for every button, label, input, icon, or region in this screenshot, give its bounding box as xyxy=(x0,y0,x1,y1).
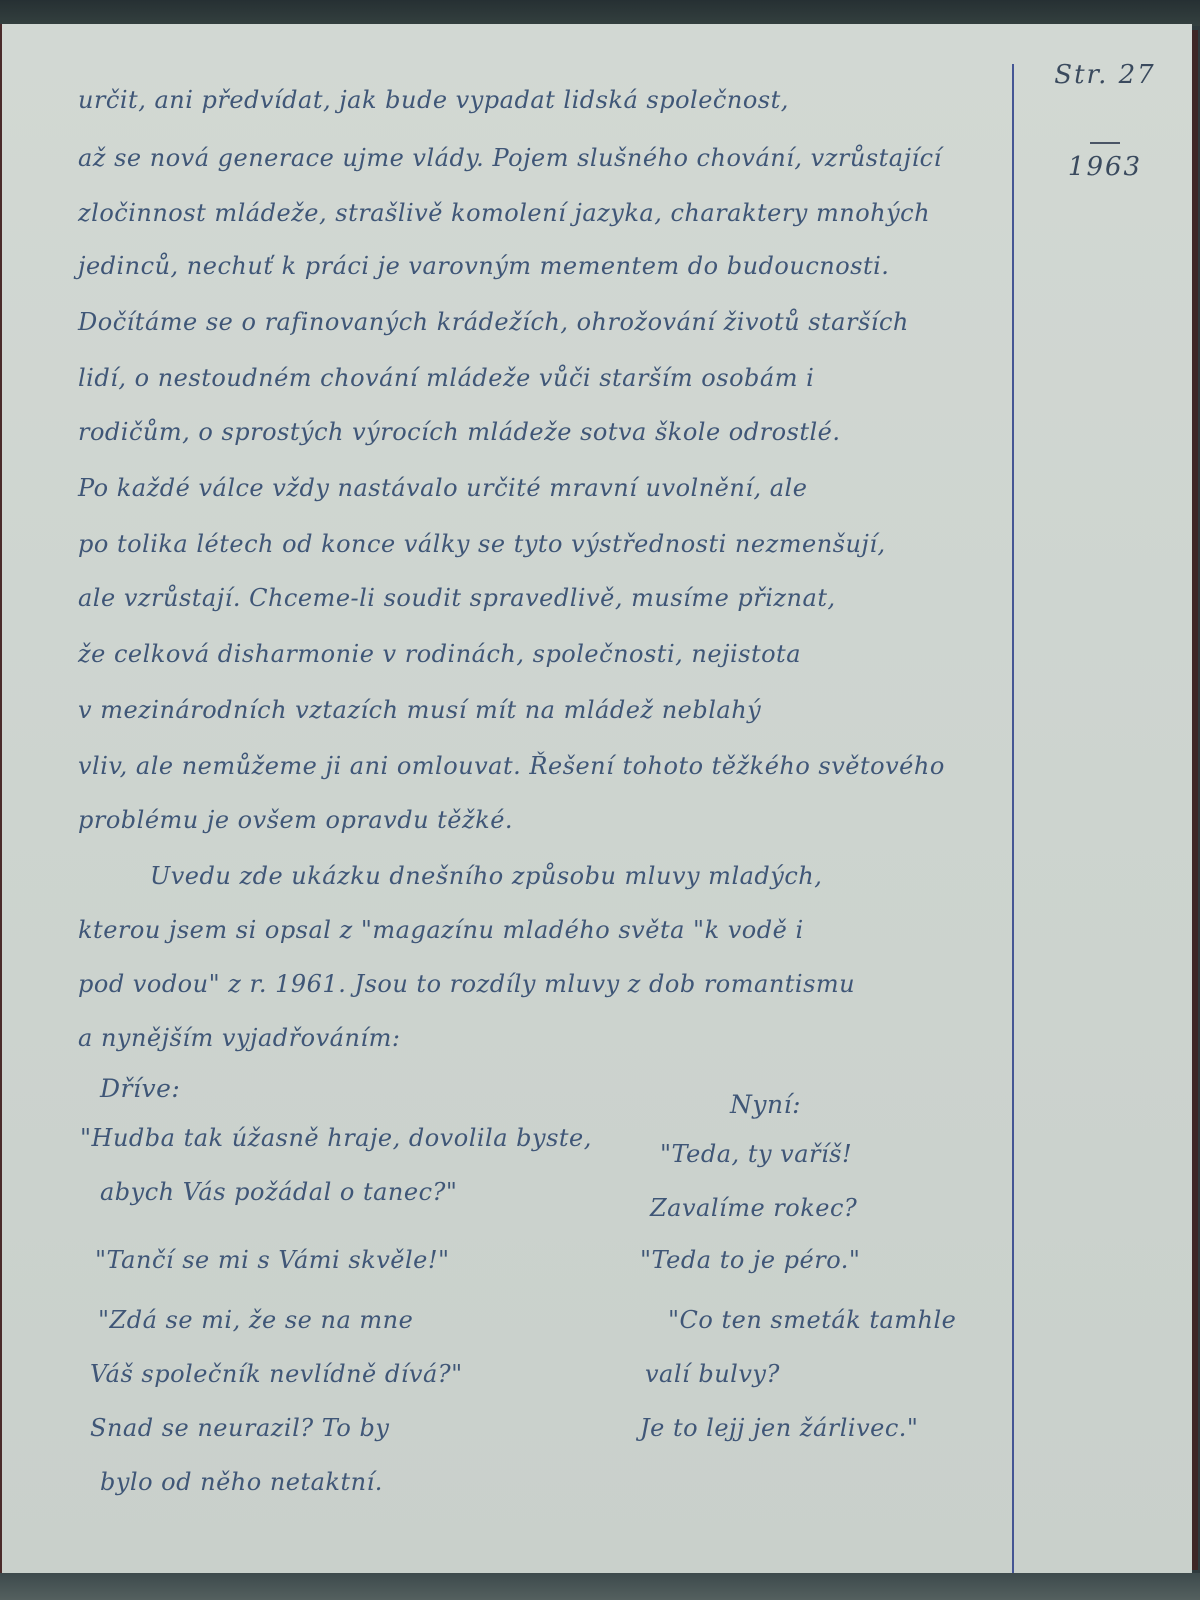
text-line: určit, ani předvídat, jak bude vypadat l… xyxy=(78,86,789,114)
text-line: že celková disharmonie v rodinách, spole… xyxy=(78,640,801,668)
text-line: Dočítáme se o rafinovaných krádežích, oh… xyxy=(78,308,909,336)
before-line: "Tančí se mi s Vámi skvěle!" xyxy=(95,1246,450,1274)
now-line: "Teda, ty vaříš! xyxy=(660,1140,852,1168)
text-line: ale vzrůstají. Chceme-li soudit spravedl… xyxy=(78,584,836,612)
text-line: Uvedu zde ukázku dnešního způsobu mluvy … xyxy=(150,862,822,890)
text-line: kterou jsem si opsal z "magazínu mladého… xyxy=(78,916,804,944)
text-line: pod vodou" z r. 1961. Jsou to rozdíly ml… xyxy=(78,970,855,998)
text-line: zločinnost mládeže, strašlivě komolení j… xyxy=(78,199,930,227)
backdrop-bottom xyxy=(0,1573,1200,1600)
now-line: "Teda to je péro." xyxy=(640,1246,860,1274)
text-line: až se nová generace ujme vlády. Pojem sl… xyxy=(78,144,942,172)
page-label: Str. 27 xyxy=(1030,60,1180,90)
text-line: problému je ovšem opravdu těžké. xyxy=(78,806,513,834)
now-line: Je to lejj jen žárlivec." xyxy=(640,1414,918,1442)
margin-rule xyxy=(1012,64,1014,1592)
text-line: Po každé válce vždy nastávalo určité mra… xyxy=(78,474,807,502)
page-year: 1963 xyxy=(1030,152,1180,182)
text-line: v mezinárodních vztazích musí mít na mlá… xyxy=(78,696,761,724)
backdrop-top xyxy=(0,0,1200,26)
text-line: jedinců, nechuť k práci je varovným meme… xyxy=(78,252,889,280)
now-line: "Co ten smeták tamhle xyxy=(668,1306,956,1334)
text-line: rodičům, o sprostých výrocích mládeže so… xyxy=(78,418,841,446)
text-line: vliv, ale nemůžeme ji ani omlouvat. Řeše… xyxy=(78,752,945,780)
now-line: Zavalíme rokec? xyxy=(650,1194,857,1222)
now-line: valí bulvy? xyxy=(645,1360,780,1388)
before-line: "Hudba tak úžasně hraje, dovolila byste, xyxy=(80,1124,592,1152)
text-line: po tolika létech od konce války se tyto … xyxy=(78,530,886,558)
before-heading: Dříve: xyxy=(100,1074,180,1103)
before-line: Váš společník nevlídně dívá?" xyxy=(90,1360,463,1388)
before-line: Snad se neurazil? To by xyxy=(90,1414,389,1442)
text-line: a nynějším vyjadřováním: xyxy=(78,1024,400,1052)
margin-dash xyxy=(1090,142,1120,144)
text-line: lidí, o nestoudném chování mládeže vůči … xyxy=(78,364,814,392)
before-line: abych Vás požádal o tanec?" xyxy=(100,1178,457,1206)
before-line: bylo od něho netaktní. xyxy=(100,1468,383,1496)
notebook-page: Str. 27 1963 určit, ani předvídat, jak b… xyxy=(0,24,1192,1574)
now-heading: Nyní: xyxy=(730,1090,801,1119)
before-line: "Zdá se mi, že se na mne xyxy=(98,1306,413,1334)
